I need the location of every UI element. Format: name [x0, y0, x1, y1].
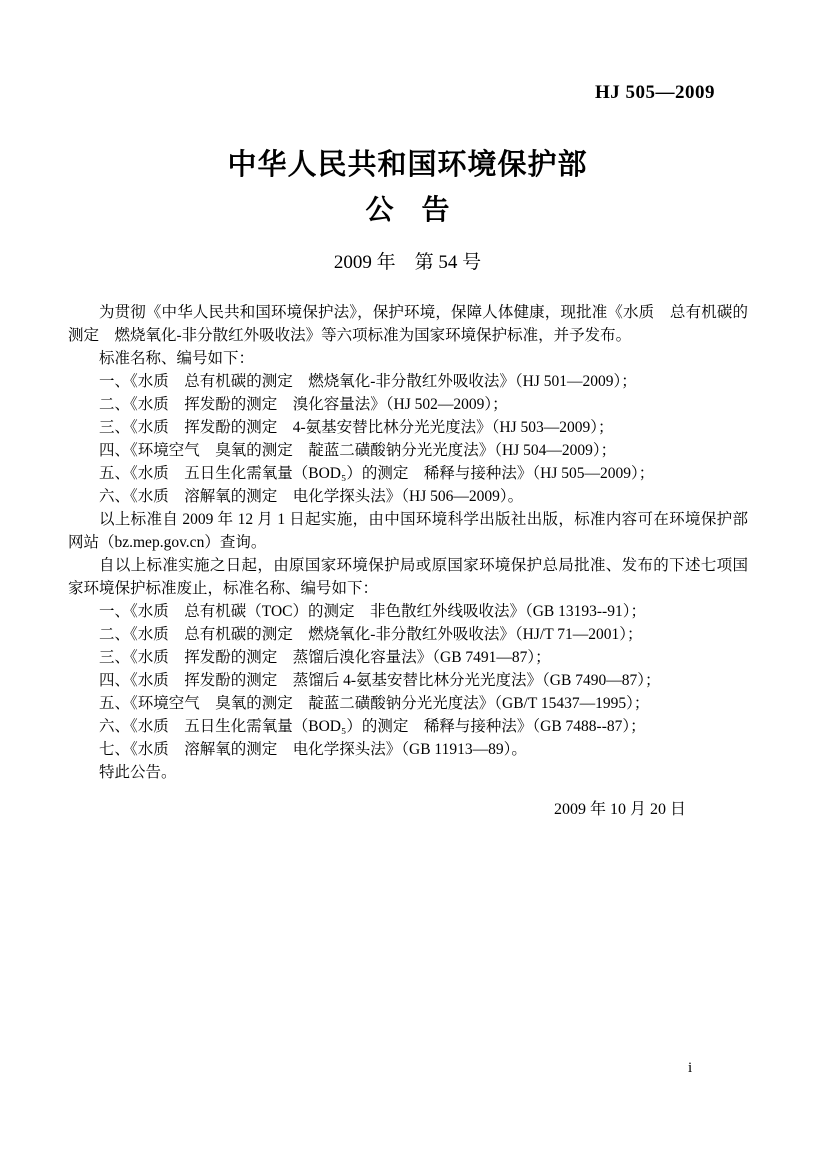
page-number: i [688, 1060, 692, 1077]
announcement-date: 2009 年 10 月 20 日 [68, 798, 748, 821]
standard-item: 三、《水质 挥发酚的测定 4-氨基安替比林分光光度法》（HJ 503—2009）… [68, 416, 748, 439]
ministry-title: 中华人民共和国环境保护部 [0, 142, 815, 183]
standard-item: 一、《水质 总有机碳（TOC）的测定 非色散红外线吸收法》（GB 13193--… [68, 600, 748, 623]
standard-item: 一、《水质 总有机碳的测定 燃烧氧化-非分散红外吸收法》（HJ 501—2009… [68, 370, 748, 393]
abolished-standards-list: 一、《水质 总有机碳（TOC）的测定 非色散红外线吸收法》（GB 13193--… [68, 600, 748, 761]
announcement-body: 为贯彻《中华人民共和国环境保护法》，保护环境，保障人体健康，现批准《水质 总有机… [68, 301, 748, 821]
list-lead-paragraph: 标准名称、编号如下： [68, 347, 748, 370]
standard-item: 五、《环境空气 臭氧的测定 靛蓝二磺酸钠分光光度法》（GB/T 15437—19… [68, 692, 748, 715]
issue-number: 2009 年 第 54 号 [0, 247, 815, 274]
standard-doc-number: HJ 505—2009 [595, 82, 715, 104]
standard-item: 六、《水质 五日生化需氧量（BOD₅）的测定 稀释与接种法》（GB 7488--… [68, 715, 748, 738]
standard-item: 七、《水质 溶解氧的测定 电化学探头法》（GB 11913—89）。 [68, 738, 748, 761]
new-standards-list: 一、《水质 总有机碳的测定 燃烧氧化-非分散红外吸收法》（HJ 501—2009… [68, 370, 748, 508]
abolish-lead-paragraph: 自以上标准实施之日起，由原国家环境保护局或原国家环境保护总局批准、发布的下述七项… [68, 554, 748, 600]
standard-item: 二、《水质 总有机碳的测定 燃烧氧化-非分散红外吸收法》（HJ/T 71—200… [68, 623, 748, 646]
announcement-page: HJ 505—2009 中华人民共和国环境保护部 公 告 2009 年 第 54… [0, 0, 815, 1168]
standard-item: 三、《水质 挥发酚的测定 蒸馏后溴化容量法》（GB 7491—87）； [68, 646, 748, 669]
standard-item: 五、《水质 五日生化需氧量（BOD₅）的测定 稀释与接种法》（HJ 505—20… [68, 462, 748, 485]
standard-item: 四、《环境空气 臭氧的测定 靛蓝二磺酸钠分光光度法》（HJ 504—2009）； [68, 439, 748, 462]
announcement-heading: 公 告 [0, 188, 815, 228]
standard-item: 二、《水质 挥发酚的测定 溴化容量法》（HJ 502—2009）； [68, 393, 748, 416]
standard-item: 四、《水质 挥发酚的测定 蒸馏后 4-氨基安替比林分光光度法》（GB 7490—… [68, 669, 748, 692]
standard-item: 六、《水质 溶解氧的测定 电化学探头法》（HJ 506—2009）。 [68, 485, 748, 508]
intro-paragraph: 为贯彻《中华人民共和国环境保护法》，保护环境，保障人体健康，现批准《水质 总有机… [68, 301, 748, 347]
closing-paragraph: 特此公告。 [68, 761, 748, 784]
implementation-paragraph: 以上标准自 2009 年 12 月 1 日起实施，由中国环境科学出版社出版，标准… [68, 508, 748, 554]
